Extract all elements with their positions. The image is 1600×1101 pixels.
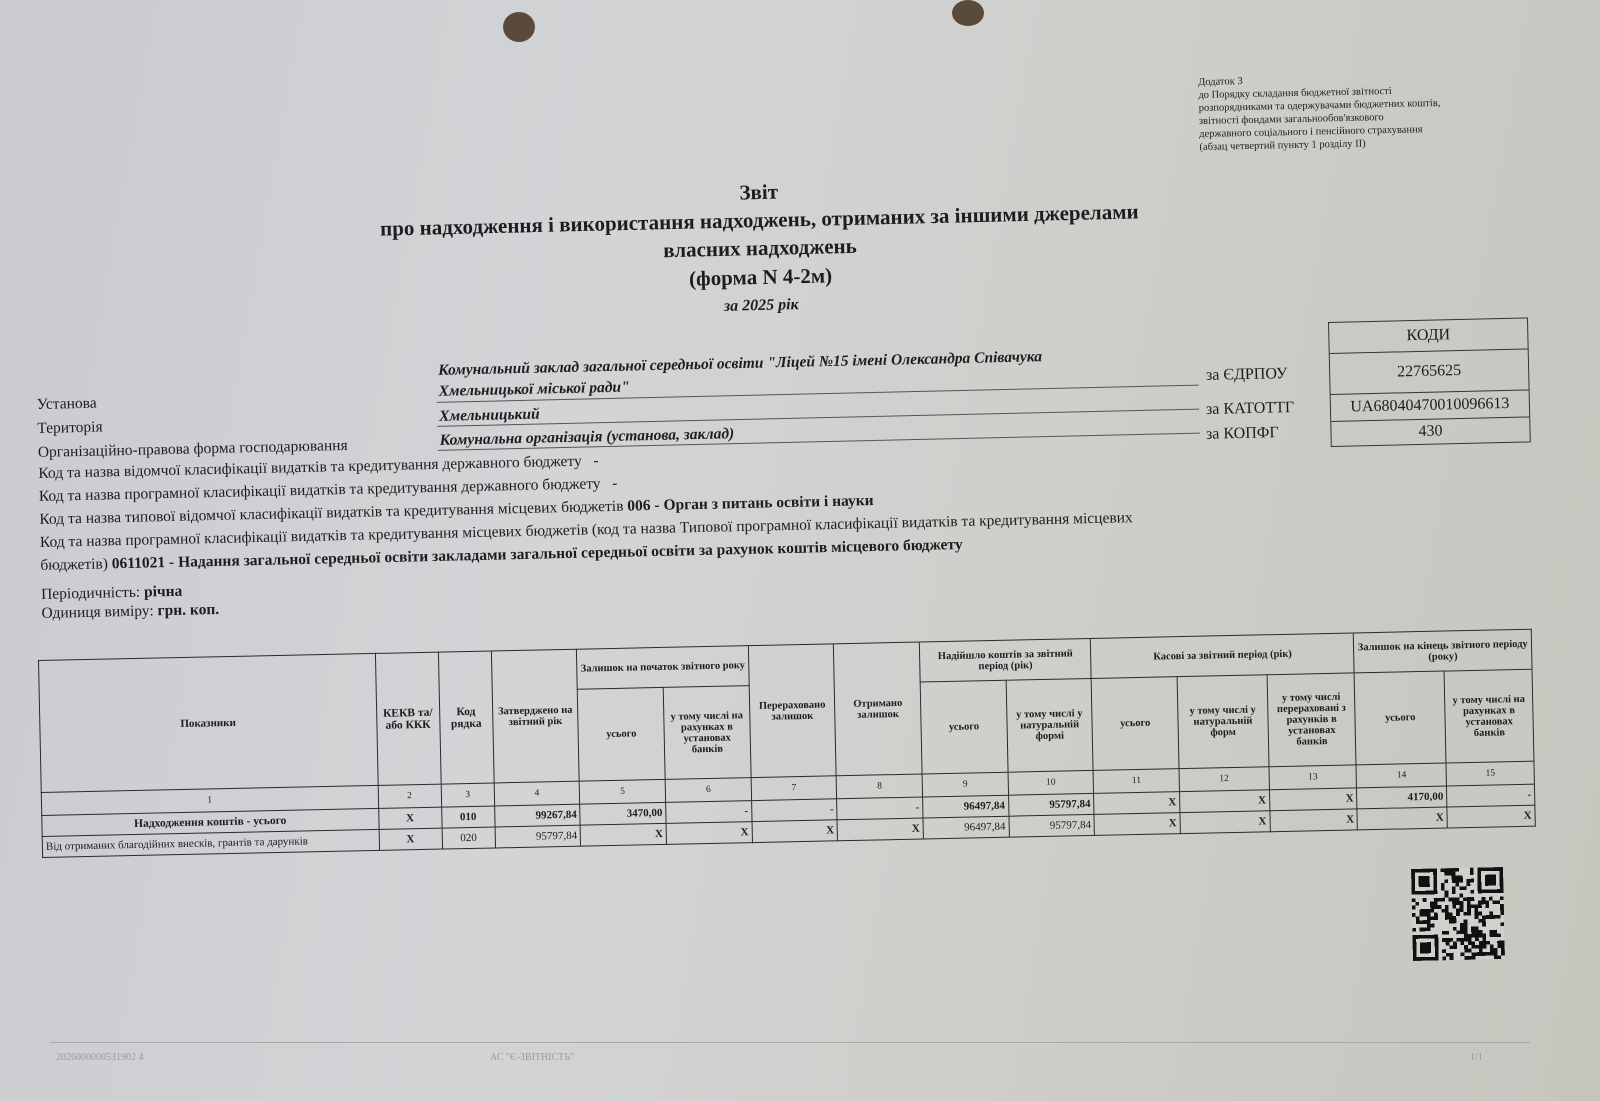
- punch-hole-left: [503, 12, 535, 42]
- table-cell: X: [752, 820, 838, 843]
- header-total: усього: [920, 680, 1008, 774]
- periodicity-label: Періодичність:: [41, 584, 140, 603]
- header-incl-natural: у тому числі у натуральній форм: [1177, 675, 1269, 769]
- column-number: 3: [441, 783, 494, 807]
- table-cell: X: [1094, 813, 1180, 836]
- column-number: 6: [665, 778, 751, 803]
- header-incl-natural: у тому числі у натуральній формі: [1006, 678, 1094, 772]
- table-cell: -: [837, 797, 923, 820]
- footer-doc-id: 2026000000531902 4: [56, 1052, 144, 1063]
- footer-line: [50, 1042, 1530, 1043]
- column-number: 15: [1446, 761, 1534, 786]
- table-cell: X: [666, 822, 752, 845]
- table-cell: X: [837, 818, 923, 841]
- footer-page: 1/1: [1470, 1052, 1483, 1063]
- header-approved: Затверджено на звітний рік: [491, 649, 579, 783]
- header-balance-end: Залишок на кінець звітного періоду (року…: [1354, 629, 1532, 673]
- table-cell: X: [1270, 809, 1358, 832]
- codes-box: КОДИ 22765625 UA68040470010096613 430: [1328, 317, 1531, 447]
- table-cell: 95797,84: [1008, 793, 1094, 816]
- column-number: 7: [751, 776, 837, 801]
- unit-label: Одиниця виміру:: [41, 602, 154, 622]
- state-prog-value: -: [612, 475, 618, 492]
- table-cell: 020: [442, 827, 495, 849]
- edrpou-code: 22765625: [1330, 348, 1529, 393]
- document-page: Додаток 3 до Порядку складання бюджетної…: [0, 0, 1600, 1101]
- kopfg-code: 430: [1331, 416, 1530, 445]
- column-number: 9: [922, 772, 1008, 797]
- column-number: 11: [1093, 769, 1179, 794]
- header-total: усього: [1355, 671, 1447, 765]
- table-cell: 99267,84: [494, 804, 580, 827]
- header-incl-bank: у тому числі на рахунках в установах бан…: [1444, 669, 1534, 763]
- table-cell: 96497,84: [923, 795, 1009, 818]
- column-number: 4: [494, 781, 580, 806]
- table-cell: 95797,84: [495, 825, 581, 848]
- katottg-label: за КАТОТТГ: [1206, 399, 1295, 419]
- table-cell: -: [751, 799, 837, 822]
- column-number: 2: [378, 784, 442, 808]
- table-cell: X: [1357, 807, 1447, 830]
- column-number: 8: [836, 774, 922, 799]
- column-number: 10: [1008, 770, 1094, 795]
- institution-line: Хмельницької міської ради": [438, 379, 629, 400]
- header-balance-start: Залишок на початок звітного року: [577, 646, 749, 690]
- header-transferred: Перераховано залишок: [748, 644, 836, 778]
- table-cell: 4170,00: [1357, 786, 1447, 809]
- column-number: 14: [1356, 763, 1446, 788]
- table-cell: 010: [441, 806, 494, 828]
- appendix-note: Додаток 3 до Порядку складання бюджетної…: [1198, 70, 1490, 154]
- header-row-code: Код рядка: [438, 651, 494, 784]
- header-cash: Касові за звітний період (рік): [1091, 633, 1355, 679]
- footer-system: АС "Є-ЗВІТНІСТЬ": [490, 1052, 574, 1063]
- column-number: 5: [580, 779, 666, 804]
- column-number: 12: [1179, 767, 1269, 792]
- state-dept-value: -: [593, 452, 599, 469]
- codes-header: КОДИ: [1329, 318, 1528, 352]
- report-info: Установа Комунальний заклад загальної се…: [36, 343, 1221, 623]
- header-total: усього: [1091, 677, 1179, 771]
- header-incl-transferred-bank: у тому числі перераховані з рахунків в у…: [1267, 673, 1357, 767]
- header-incoming: Надійшло коштів за звітний період (рік): [919, 638, 1091, 682]
- institution-label: Установа: [37, 395, 97, 414]
- table-cell: X: [1180, 811, 1270, 834]
- table-cell: X: [379, 828, 443, 850]
- table-cell: X: [1180, 790, 1270, 813]
- institution-line: Комунальний заклад загальної середньої о…: [438, 348, 1042, 379]
- header-kekv: КЕКВ та/або ККК: [375, 652, 441, 785]
- periodicity-value: річна: [144, 583, 183, 601]
- column-number: 13: [1269, 765, 1357, 790]
- table-cell: X: [1269, 788, 1357, 811]
- table-cell: 3470,00: [580, 802, 666, 825]
- table-cell: X: [1447, 805, 1535, 828]
- table-cell: -: [1447, 784, 1535, 807]
- table-cell: X: [1094, 792, 1180, 815]
- header-indicators: Показники: [39, 653, 378, 792]
- unit-value: грн. коп.: [157, 601, 219, 619]
- header-received: Отримано залишок: [834, 642, 922, 776]
- table-cell: 96497,84: [923, 816, 1009, 839]
- header-incl-bank: у тому числі на рахунках в установах бан…: [663, 686, 751, 780]
- report-title: Звіт про надходження і використання надх…: [328, 168, 1191, 329]
- qr-code: [1411, 867, 1505, 961]
- table-cell: X: [378, 807, 442, 829]
- table-cell: -: [666, 801, 752, 824]
- edrpou-label: за ЄДРПОУ: [1206, 365, 1288, 385]
- table-cell: 95797,84: [1009, 814, 1095, 837]
- territory-label: Територія: [37, 419, 103, 438]
- table-cell: X: [581, 823, 667, 846]
- header-total: усього: [578, 687, 666, 781]
- punch-hole-right: [952, 0, 984, 26]
- katottg-code: UA68040470010096613: [1331, 389, 1530, 420]
- report-table: Показники КЕКВ та/або ККК Код рядка Затв…: [38, 629, 1536, 858]
- local-dept-value: 006 - Орган з питань освіти і науки: [627, 492, 874, 515]
